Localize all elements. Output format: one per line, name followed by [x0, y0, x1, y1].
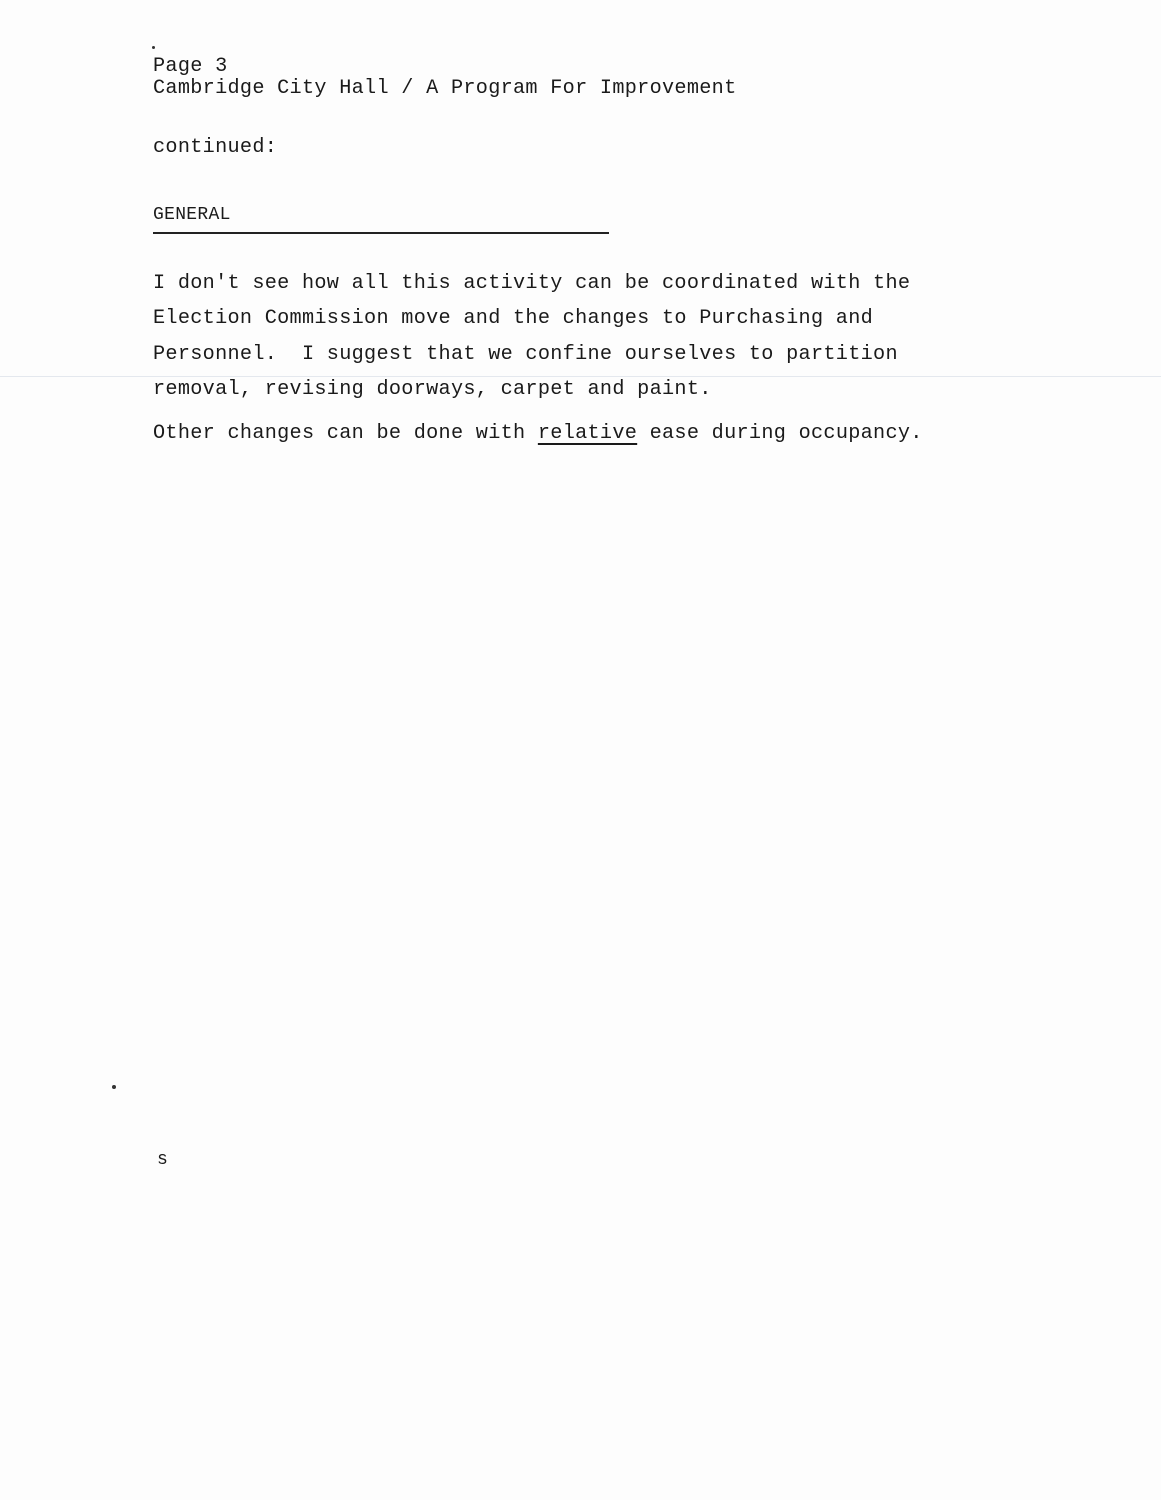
- paragraph-general: I don't see how all this activity can be…: [153, 266, 1033, 407]
- document-page: Page 3 Cambridge City Hall / A Program F…: [0, 0, 1161, 1500]
- continued-label: continued:: [153, 136, 277, 159]
- heading-underline-rule: [153, 232, 609, 234]
- page-number: Page 3: [153, 55, 228, 78]
- underlined-word: relative: [538, 422, 637, 445]
- paragraph-line: Personnel. I suggest that we confine our…: [153, 337, 1033, 372]
- text-after: ease during occupancy.: [637, 422, 923, 445]
- paragraph-other-changes: Other changes can be done with relative …: [153, 416, 1033, 451]
- text-before: Other changes can be done with: [153, 422, 538, 445]
- footer-mark: s: [157, 1150, 168, 1170]
- ink-speck: [112, 1085, 116, 1089]
- paragraph-line: Election Commission move and the changes…: [153, 301, 1033, 336]
- document-title: Cambridge City Hall / A Program For Impr…: [153, 77, 736, 100]
- paragraph-line: I don't see how all this activity can be…: [153, 266, 1033, 301]
- paragraph-line: Other changes can be done with relative …: [153, 416, 1033, 451]
- ink-speck: [152, 46, 155, 49]
- paragraph-line: removal, revising doorways, carpet and p…: [153, 372, 1033, 407]
- section-heading: GENERAL: [153, 205, 231, 225]
